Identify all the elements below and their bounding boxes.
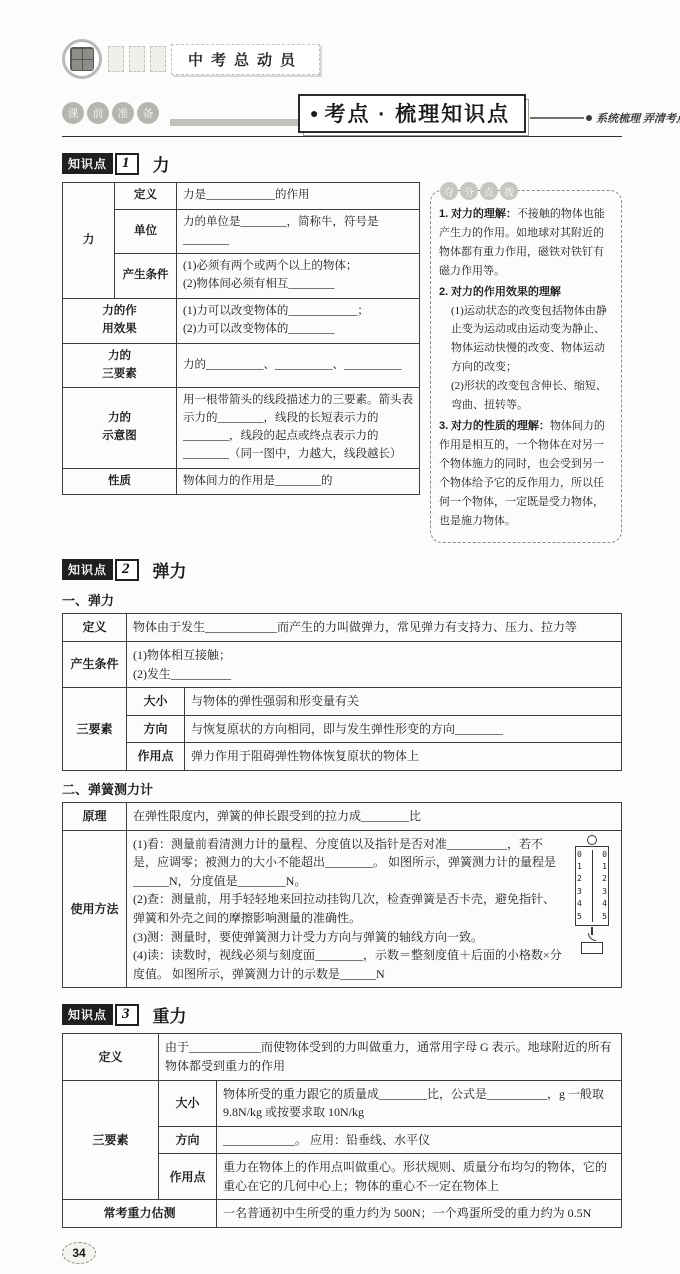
row-label: 力的作用效果 xyxy=(63,299,177,344)
cell-text: 一名普通初中生所受的重力约为 500N；一个鸡蛋所受的重力约为 0.5N xyxy=(217,1200,622,1228)
cell-text: (1)物体相互接触； (2)发生__________ xyxy=(127,642,622,688)
table-row: 原理 在弹性限度内，弹簧的伸长跟受到的拉力成________比 xyxy=(63,802,622,830)
banner-subtitle: 系统梳理 弄清考点 xyxy=(596,110,680,126)
table-row: 产生条件 (1)必须有两个或两个以上的物体； (2)物体间必须有相互______… xyxy=(63,254,420,299)
table-row: 三要素 大小 物体所受的重力跟它的质量成________比，公式是_______… xyxy=(63,1080,622,1126)
divider xyxy=(62,136,622,137)
force-table: 力 定义 力是____________的作用 单位 力的单位是________，… xyxy=(62,182,420,495)
row-label: 定义 xyxy=(63,1034,159,1080)
publisher-logo-icon xyxy=(62,39,102,79)
cell-text: 012345 012345 (1)看：测量前看清测力计的量程、分度值以及指针是否… xyxy=(127,830,622,988)
scale-numbers-right: 012345 xyxy=(602,849,607,923)
row-label: 大小 xyxy=(159,1080,217,1126)
kp-number: 3 xyxy=(115,1004,139,1026)
bullet-icon: ● xyxy=(310,105,320,121)
kp3-heading: 知识点 3 重力 xyxy=(62,1002,622,1027)
dot-icon xyxy=(586,115,592,121)
row-label: 性质 xyxy=(63,468,177,495)
table-row: 力的作用效果 (1)力可以改变物体的____________； (2)力可以改变… xyxy=(63,299,420,344)
cell-text: 用一根带箭头的线段描述力的三要素。箭头表示力的________，线段的长短表示力… xyxy=(177,388,420,468)
weight-icon xyxy=(581,942,603,954)
table-row: 三要素 大小 与物体的弹性强弱和形变量有关 xyxy=(63,688,622,716)
section-banner: 课 前 准 备 ●考点 · 梳理知识点 系统梳理 弄清考点 xyxy=(62,96,622,130)
circle-char: 准 xyxy=(112,102,134,124)
scale-numbers-left: 012345 xyxy=(577,849,582,923)
table-row: 力的示意图 用一根带箭头的线段描述力的三要素。箭头表示力的________，线段… xyxy=(63,388,420,468)
table-row: 作用点 弹力作用于阻碍弹性物体恢复原状的物体上 xyxy=(63,743,622,771)
row-label: 定义 xyxy=(115,183,177,210)
cell-text: ____________。 应用：铅垂线、水平仪 xyxy=(217,1126,622,1154)
circle-char: 前 xyxy=(87,102,109,124)
kp-number: 1 xyxy=(115,153,139,175)
row-label: 三要素 xyxy=(63,1080,159,1200)
row-label: 方向 xyxy=(127,715,185,743)
subsection-title: 一、弹力 xyxy=(62,590,622,609)
tips-box: 夺 分 点 拨 1. 对力的理解：不接触的物体也能产生力的作用。如地球对其附近的… xyxy=(430,182,622,543)
row-label: 定义 xyxy=(63,614,127,642)
cell-text: (1)必须有两个或两个以上的物体； (2)物体间必须有相互________ xyxy=(177,254,420,299)
elastic-force-table: 定义 物体由于发生____________而产生的力叫做弹力，常见弹力有支持力、… xyxy=(62,613,622,771)
cell-text: 力的__________、__________、__________ xyxy=(177,343,420,388)
kp-number: 2 xyxy=(115,559,139,581)
row-label: 原理 xyxy=(63,802,127,830)
row-label: 常考重力估测 xyxy=(63,1200,217,1228)
kp-title: 力 xyxy=(153,151,170,176)
circle-char: 备 xyxy=(137,102,159,124)
table-row: 单位 力的单位是________，简称牛，符号是________ xyxy=(63,209,420,254)
filmstrip-decoration: 中考总动员 xyxy=(108,44,320,75)
cell-text: 弹力作用于阻碍弹性物体恢复原状的物体上 xyxy=(185,743,622,771)
kp-badge: 知识点 xyxy=(62,1004,113,1025)
table-row: 方向 与恢复原状的方向相同，即与发生弹性形变的方向________ xyxy=(63,715,622,743)
row-label: 作用点 xyxy=(127,743,185,771)
cell-text: 重力在物体上的作用点叫做重心。形状规则、质量分布均匀的物体，它的重心在它的几何中… xyxy=(217,1154,622,1200)
row-label: 产生条件 xyxy=(115,254,177,299)
cell-text: 力的单位是________，简称牛，符号是________ xyxy=(177,209,420,254)
row-label: 产生条件 xyxy=(63,642,127,688)
cell-text: 与物体的弹性强弱和形变量有关 xyxy=(185,688,622,716)
row-label: 大小 xyxy=(127,688,185,716)
banner-subline: 系统梳理 弄清考点 xyxy=(530,100,680,126)
cell-text: (1)力可以改变物体的____________； (2)力可以改变物体的____… xyxy=(177,299,420,344)
kp-badge: 知识点 xyxy=(62,559,113,580)
tip-item: 2. 对力的作用效果的理解 (1)运动状态的改变包括物体由静止变为运动或由运动变… xyxy=(439,283,613,415)
row-label: 作用点 xyxy=(159,1154,217,1200)
table-row: 常考重力估测 一名普通初中生所受的重力约为 500N；一个鸡蛋所受的重力约为 0… xyxy=(63,1200,622,1228)
table-row: 力的三要素 力的__________、__________、__________ xyxy=(63,343,420,388)
row-label: 力的三要素 xyxy=(63,343,177,388)
page-title: ●考点 · 梳理知识点 xyxy=(298,94,526,133)
kp-badge: 知识点 xyxy=(62,153,113,174)
table-row: 性质 物体间力的作用是________的 xyxy=(63,468,420,495)
hook-icon xyxy=(588,933,596,941)
brand-strip: 中考总动员 xyxy=(62,38,622,80)
worksheet-page: 中考总动员 课 前 准 备 ●考点 · 梳理知识点 系统梳理 弄清考点 知识点 … xyxy=(0,0,680,1274)
table-row: 力 定义 力是____________的作用 xyxy=(63,183,420,210)
brand-title: 中考总动员 xyxy=(171,44,320,75)
spring-scale-table: 原理 在弹性限度内，弹簧的伸长跟受到的拉力成________比 使用方法 012… xyxy=(62,802,622,988)
table-row: 使用方法 012345 012345 (1)看：测量前看清测力计的量程、分度值以… xyxy=(63,830,622,988)
kp-title: 重力 xyxy=(153,1002,187,1027)
tip-item: 3. 对力的性质的理解：物体间力的作用是相互的，一个物体在对另一个物体施力的同时… xyxy=(439,417,613,530)
row-label: 力 xyxy=(63,183,115,299)
cell-text: 物体所受的重力跟它的质量成________比，公式是__________，g 一… xyxy=(217,1080,622,1126)
pre-class-circles: 课 前 准 备 xyxy=(62,102,162,124)
kp1-heading: 知识点 1 力 xyxy=(62,151,622,176)
cell-text: 力是____________的作用 xyxy=(177,183,420,210)
tip-item: 1. 对力的理解：不接触的物体也能产生力的作用。如地球对其附近的物体都有重力作用… xyxy=(439,205,613,281)
subsection-title: 二、弹簧测力计 xyxy=(62,779,622,798)
spring-scale-figure: 012345 012345 xyxy=(569,835,615,954)
cell-text: 与恢复原状的方向相同，即与发生弹性形变的方向________ xyxy=(185,715,622,743)
row-label: 单位 xyxy=(115,209,177,254)
tips-badge: 夺 分 点 拨 xyxy=(440,182,520,200)
cell-text: 物体间力的作用是________的 xyxy=(177,468,420,495)
table-row: 定义 由于____________而使物体受到的力叫做重力，通常用字母 G 表示… xyxy=(63,1034,622,1080)
row-label: 方向 xyxy=(159,1126,217,1154)
banner-bar xyxy=(170,119,298,126)
gravity-table: 定义 由于____________而使物体受到的力叫做重力，通常用字母 G 表示… xyxy=(62,1033,622,1228)
ring-icon xyxy=(587,835,597,845)
cell-text: 由于____________而使物体受到的力叫做重力，通常用字母 G 表示。地球… xyxy=(159,1034,622,1080)
page-number: 34 xyxy=(62,1242,96,1264)
kp2-heading: 知识点 2 弹力 xyxy=(62,557,622,582)
table-row: 产生条件 (1)物体相互接触； (2)发生__________ xyxy=(63,642,622,688)
kp-title: 弹力 xyxy=(153,557,187,582)
cell-text: 在弹性限度内，弹簧的伸长跟受到的拉力成________比 xyxy=(127,802,622,830)
table-row: 定义 物体由于发生____________而产生的力叫做弹力，常见弹力有支持力、… xyxy=(63,614,622,642)
cell-text: 物体由于发生____________而产生的力叫做弹力，常见弹力有支持力、压力、… xyxy=(127,614,622,642)
row-label: 使用方法 xyxy=(63,830,127,988)
row-label: 力的示意图 xyxy=(63,388,177,468)
row-label: 三要素 xyxy=(63,688,127,771)
circle-char: 课 xyxy=(62,102,84,124)
